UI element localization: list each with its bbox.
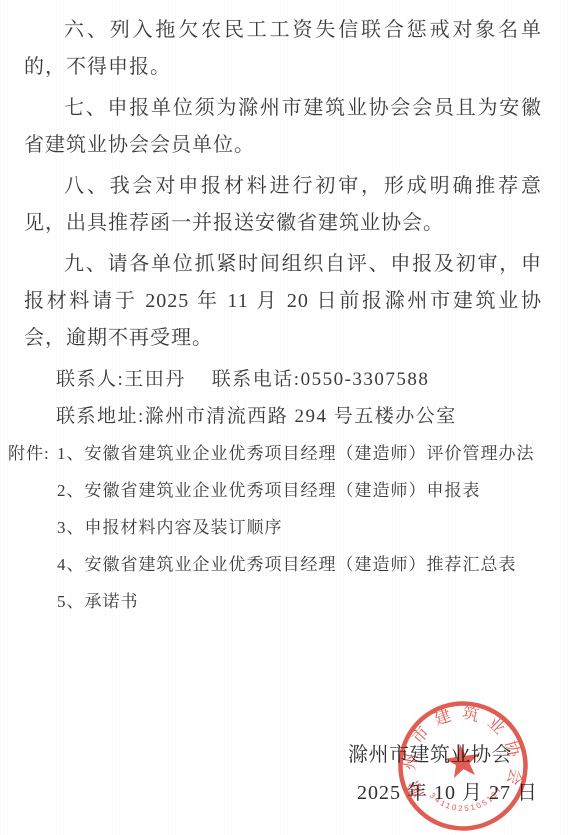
signature-date: 2025 年 10 月 27 日 (357, 776, 538, 805)
contact-person-label: 联系人: (56, 369, 124, 390)
paragraph-nine: 九、请各单位抓紧时间组织自评、申报及初审，申报材料请于 2025 年 11 月 … (24, 246, 542, 357)
contact-person-line: 联系人:王田丹联系电话:0550-3307588 (24, 361, 542, 398)
contact-person-value: 王田丹 (124, 369, 186, 390)
contact-address-label: 联系地址: (56, 406, 145, 427)
paragraph-eight: 八、我会对申报材料进行初审，形成明确推荐意见，出具推荐函一并报送安徽省建筑业协会… (24, 168, 542, 242)
attachment-item: 5、承诺书 (57, 583, 542, 620)
attachments-label: 附件: (8, 435, 57, 620)
document-body: 六、列入拖欠农民工工资失信联合惩戒对象名单的，不得申报。 七、申报单位须为滁州市… (0, 0, 572, 620)
document-page: 六、列入拖欠农民工工资失信联合惩戒对象名单的，不得申报。 七、申报单位须为滁州市… (0, 0, 572, 835)
paragraph-seven: 七、申报单位须为滁州市建筑业协会会员且为安徽省建筑业协会会员单位。 (24, 90, 542, 164)
attachments-list: 1、安徽省建筑业企业优秀项目经理（建造师）评价管理办法 2、安徽省建筑业企业优秀… (57, 435, 542, 620)
attachments-block: 附件: 1、安徽省建筑业企业优秀项目经理（建造师）评价管理办法 2、安徽省建筑业… (8, 435, 542, 620)
attachment-item: 2、安徽省建筑业企业优秀项目经理（建造师）申报表 (57, 472, 542, 509)
contact-phone-value: 0550-3307588 (301, 369, 430, 390)
contact-phone-label: 联系电话: (212, 369, 301, 390)
contact-address-value: 滁州市清流西路 294 号五楼办公室 (145, 406, 457, 427)
signature-organization: 滁州市建筑业协会 (348, 738, 512, 767)
paragraph-six: 六、列入拖欠农民工工资失信联合惩戒对象名单的，不得申报。 (24, 12, 542, 86)
attachment-item: 3、申报材料内容及装订顺序 (57, 509, 542, 546)
attachment-item: 1、安徽省建筑业企业优秀项目经理（建造师）评价管理办法 (57, 435, 542, 472)
contact-address-line: 联系地址:滁州市清流西路 294 号五楼办公室 (24, 398, 542, 435)
attachment-item: 4、安徽省建筑业企业优秀项目经理（建造师）推荐汇总表 (57, 546, 542, 583)
